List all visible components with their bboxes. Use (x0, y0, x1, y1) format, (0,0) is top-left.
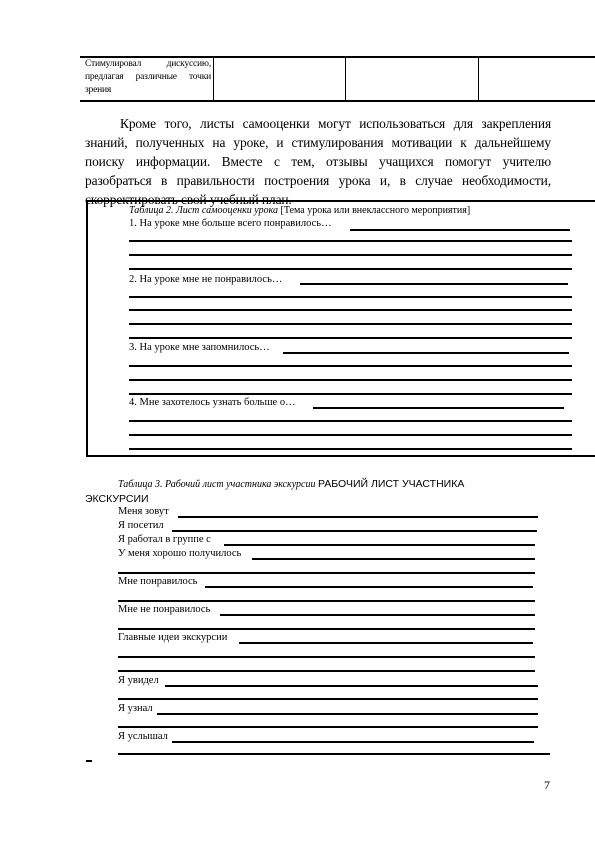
field-heard-label: Я услышал (118, 731, 168, 742)
answer-line[interactable] (129, 268, 572, 270)
answer-line[interactable] (129, 365, 572, 367)
field-group-label: Я работал в группе с (118, 534, 211, 545)
visited-input-line[interactable] (172, 530, 537, 532)
field-liked-label: Мне понравилось (118, 576, 197, 587)
answer-line[interactable] (129, 379, 572, 381)
question-3: 3. На уроке мне запомнилось… (129, 342, 270, 353)
question-4: 4. Мне захотелось узнать больше о… (129, 397, 296, 408)
answer-line[interactable] (283, 352, 569, 354)
learned-input-line[interactable] (157, 713, 538, 715)
answer-line[interactable] (129, 323, 572, 325)
worksheet-title: РАБОЧИЙ ЛИСТ УЧАСТНИКА (318, 478, 464, 490)
saw-input-line[interactable] (118, 698, 538, 700)
question-1: 1. На уроке мне больше всего понравилось… (129, 218, 332, 229)
page-number: 7 (544, 778, 550, 793)
field-visited-label: Я посетил (118, 520, 164, 531)
answer-line[interactable] (129, 420, 572, 422)
answer-line[interactable] (350, 229, 570, 231)
main-ideas-input-line[interactable] (239, 642, 533, 644)
self-assessment-sheet (86, 200, 595, 457)
group-input-line[interactable] (224, 544, 535, 546)
answer-line[interactable] (129, 434, 572, 436)
answer-line[interactable] (129, 254, 572, 256)
answer-line[interactable] (129, 296, 572, 298)
table-column-divider (478, 58, 479, 100)
answer-line[interactable] (129, 309, 572, 311)
dash-mark (86, 760, 92, 762)
table2-caption-label: Таблица 2. Лист самооценки урока (129, 205, 278, 216)
table-cell-criterion: Стимулировал дискуссию, предлагая различ… (85, 58, 211, 97)
table3-caption: Таблица 3. Рабочий лист участника экскур… (118, 478, 464, 490)
table3-caption-label: Таблица 3. Рабочий лист участника экскур… (118, 479, 315, 490)
answer-line[interactable] (129, 337, 572, 339)
paragraph-text: Кроме того, листы самооценки могут испол… (85, 116, 551, 207)
field-learned-label: Я узнал (118, 703, 153, 714)
field-name-label: Меня зовут (118, 506, 169, 517)
field-success-label: У меня хорошо получилось (118, 548, 241, 559)
table2-caption: Таблица 2. Лист самооценки урока [Тема у… (129, 205, 470, 216)
field-main-ideas-label: Главные идеи экскурсии (118, 632, 227, 643)
answer-line[interactable] (129, 240, 572, 242)
liked-input-line[interactable] (205, 586, 533, 588)
field-disliked-label: Мне не понравилось (118, 604, 210, 615)
success-input-line[interactable] (118, 572, 535, 574)
disliked-input-line[interactable] (118, 628, 535, 630)
answer-line[interactable] (129, 448, 572, 450)
main-ideas-input-line[interactable] (118, 656, 535, 658)
worksheet-title-line2: ЭКСКУРСИИ (85, 493, 149, 505)
table-column-divider (213, 58, 214, 100)
body-paragraph: Кроме того, листы самооценки могут испол… (85, 114, 551, 209)
heard-input-line[interactable] (172, 741, 534, 743)
saw-input-line[interactable] (165, 685, 538, 687)
learned-input-line[interactable] (118, 726, 538, 728)
name-input-line[interactable] (178, 516, 538, 518)
table-column-divider (345, 58, 346, 100)
liked-input-line[interactable] (118, 600, 535, 602)
question-2: 2. На уроке мне не понравилось… (129, 274, 282, 285)
answer-line[interactable] (129, 393, 572, 395)
heard-input-line[interactable] (118, 753, 550, 755)
field-saw-label: Я увидел (118, 675, 159, 686)
answer-line[interactable] (300, 283, 568, 285)
table2-caption-topic: [Тема урока или внеклассного мероприятия… (278, 205, 470, 216)
success-input-line[interactable] (252, 558, 535, 560)
main-ideas-input-line[interactable] (118, 670, 535, 672)
disliked-input-line[interactable] (220, 614, 535, 616)
answer-line[interactable] (313, 407, 564, 409)
